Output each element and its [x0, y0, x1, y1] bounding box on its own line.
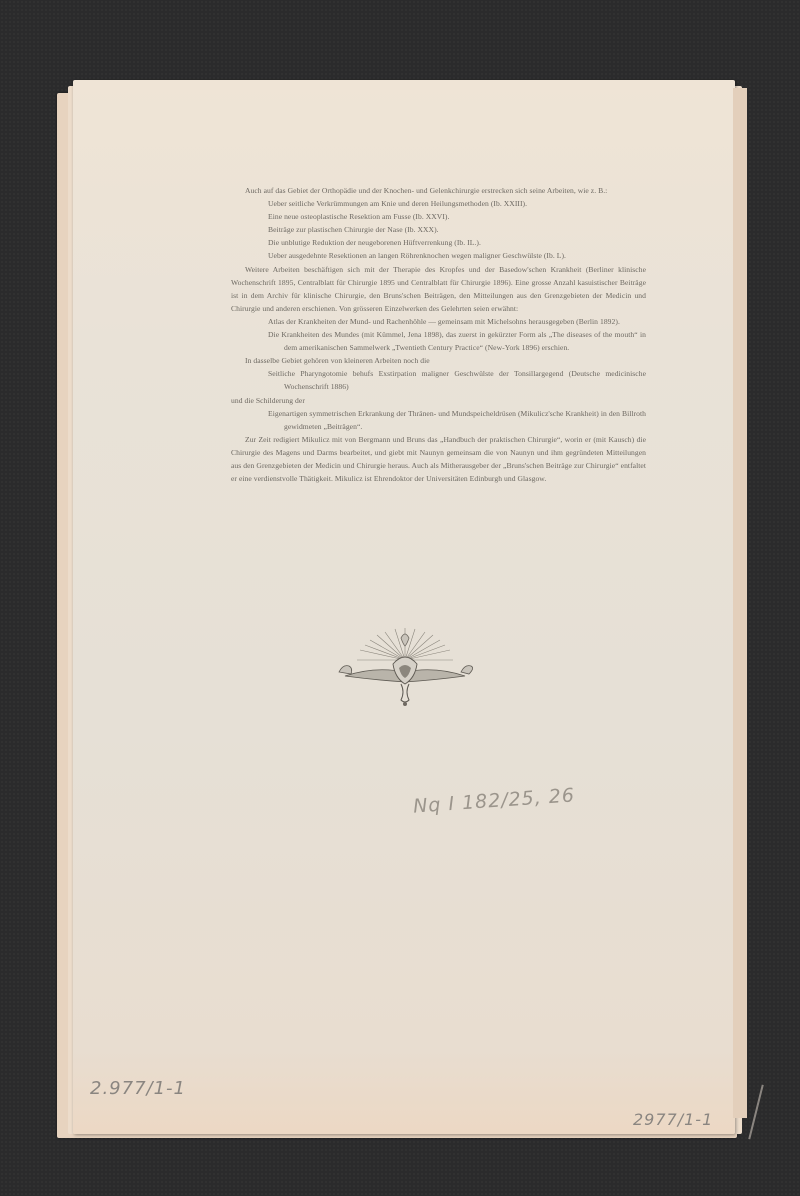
- pencil-mark: [748, 1085, 763, 1140]
- list-item: Die unblutige Reduktion der neugeborenen…: [231, 236, 646, 249]
- paragraph-kleinere-arbeiten: In dasselbe Gebiet gehören von kleineren…: [231, 354, 646, 367]
- handwritten-inventory-number-right: 2977/1-1: [633, 1110, 713, 1129]
- list-item: Eine neue osteoplastische Resektion am F…: [231, 210, 646, 223]
- paragraph-zur-zeit: Zur Zeit redigiert Mikulicz mit von Berg…: [231, 433, 646, 485]
- list-item: Seitliche Pharyngotomie behufs Exstirpat…: [231, 367, 646, 393]
- decorative-ornament-icon: [335, 620, 475, 720]
- list-item: Atlas der Krankheiten der Mund- und Rach…: [231, 315, 646, 328]
- page-fold-edge: [733, 88, 747, 1118]
- list-item: Beiträge zur plastischen Chirurgie der N…: [231, 223, 646, 236]
- paragraph-schilderung: und die Schilderung der: [231, 394, 646, 407]
- list-item: Eigenartigen symmetrischen Erkrankung de…: [231, 407, 646, 433]
- body-text: Auch auf das Gebiet der Orthopädie und d…: [231, 184, 646, 485]
- list-item: Die Krankheiten des Mundes (mit Kümmel, …: [231, 328, 646, 354]
- list-item: Ueber seitliche Verkrümmungen am Knie un…: [231, 197, 646, 210]
- paragraph-weitere-arbeiten: Weitere Arbeiten beschäftigen sich mit d…: [231, 263, 646, 315]
- list-item: Ueber ausgedehnte Resektionen an langen …: [231, 249, 646, 262]
- handwritten-signature-note: Nq I 182/25, 26: [412, 784, 575, 817]
- handwritten-inventory-number-left: 2.977/1-1: [90, 1078, 186, 1099]
- paragraph-orthopaedie: Auch auf das Gebiet der Orthopädie und d…: [231, 184, 646, 197]
- document-page: Auch auf das Gebiet der Orthopädie und d…: [73, 80, 735, 1134]
